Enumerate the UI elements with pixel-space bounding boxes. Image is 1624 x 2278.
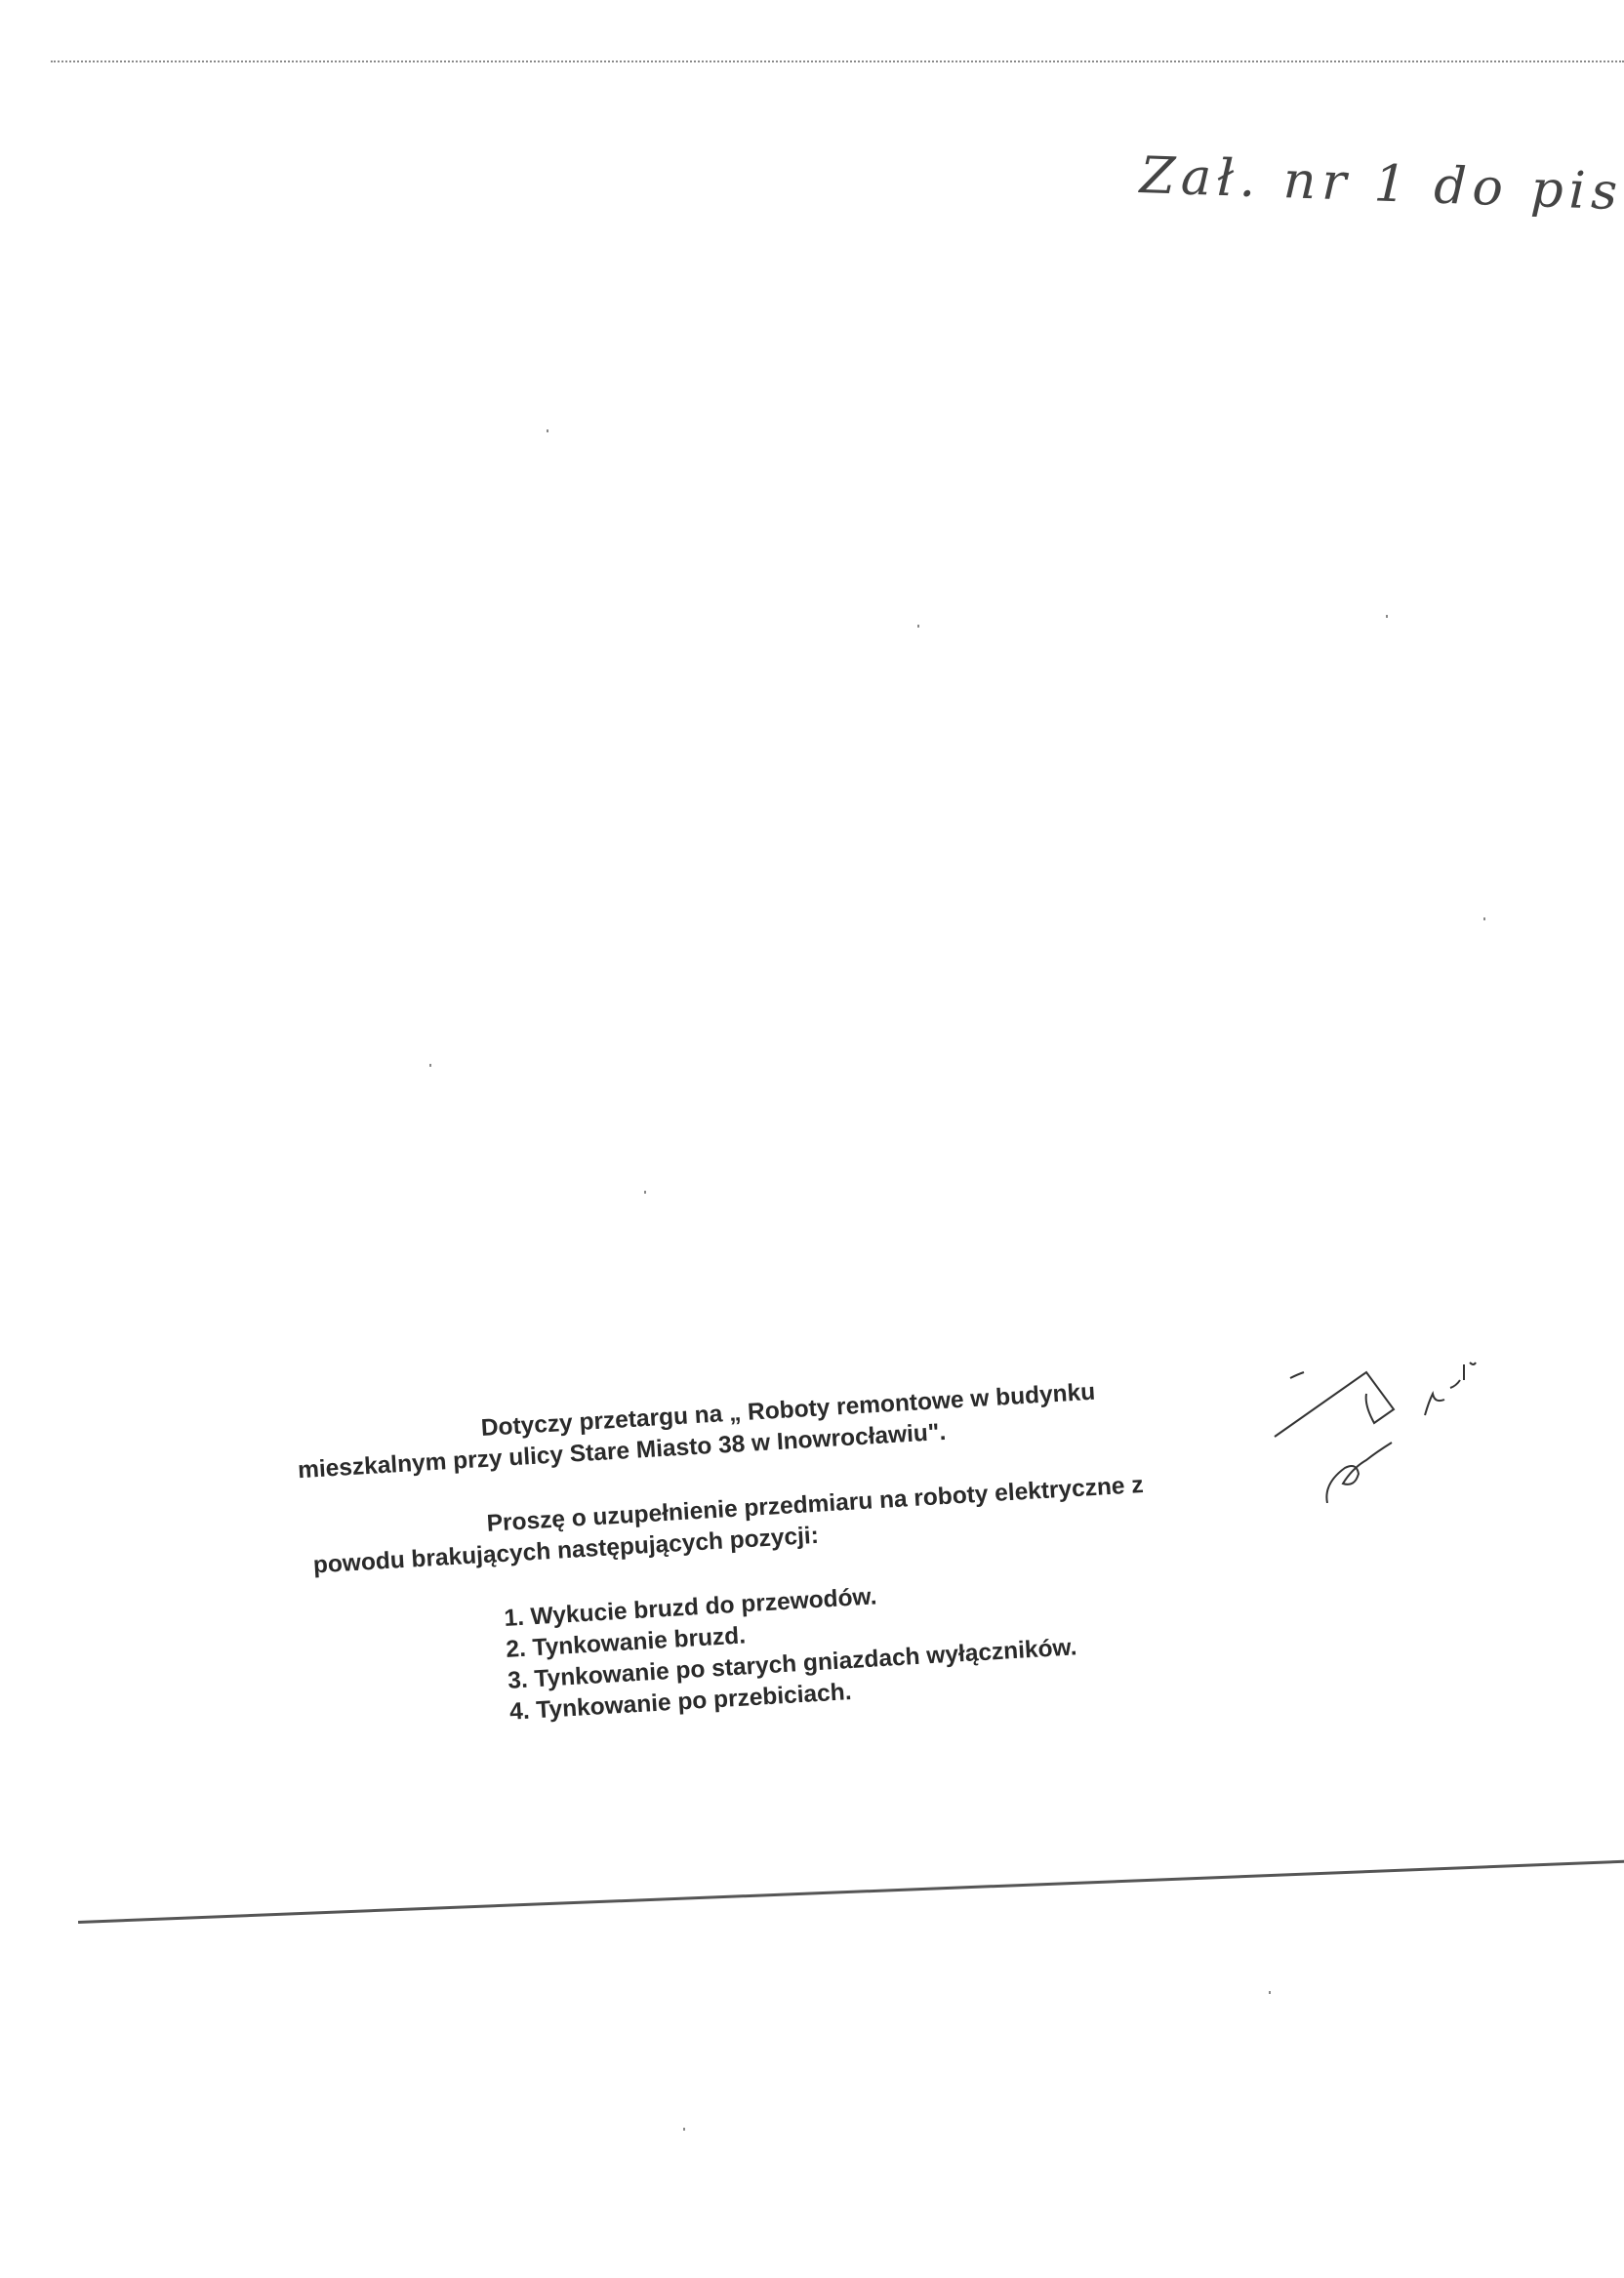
scan-speck [644,1191,646,1194]
missing-items-list: 1. Wykucie bruzd do przewodów. 2. Tynkow… [504,1557,1298,1729]
scan-speck [683,2128,685,2131]
scan-speck [1386,615,1388,618]
signature-icon [1269,1347,1503,1503]
scan-speck [547,429,548,432]
letter-body: Dotyczy przetargu na „ Roboty remontowe … [283,1327,1298,1741]
scan-speck [429,1064,431,1067]
scan-speck [1269,1991,1271,1994]
scan-speck [1483,917,1485,920]
top-scan-border-line [51,61,1624,62]
scanned-document-page: Zał. nr 1 do pism Dotyczy przetargu na „… [0,0,1624,2278]
bottom-scan-border-line [78,1859,1624,1924]
handwritten-attachment-note: Zał. nr 1 do pism [1139,146,1624,222]
scan-speck [917,625,919,628]
